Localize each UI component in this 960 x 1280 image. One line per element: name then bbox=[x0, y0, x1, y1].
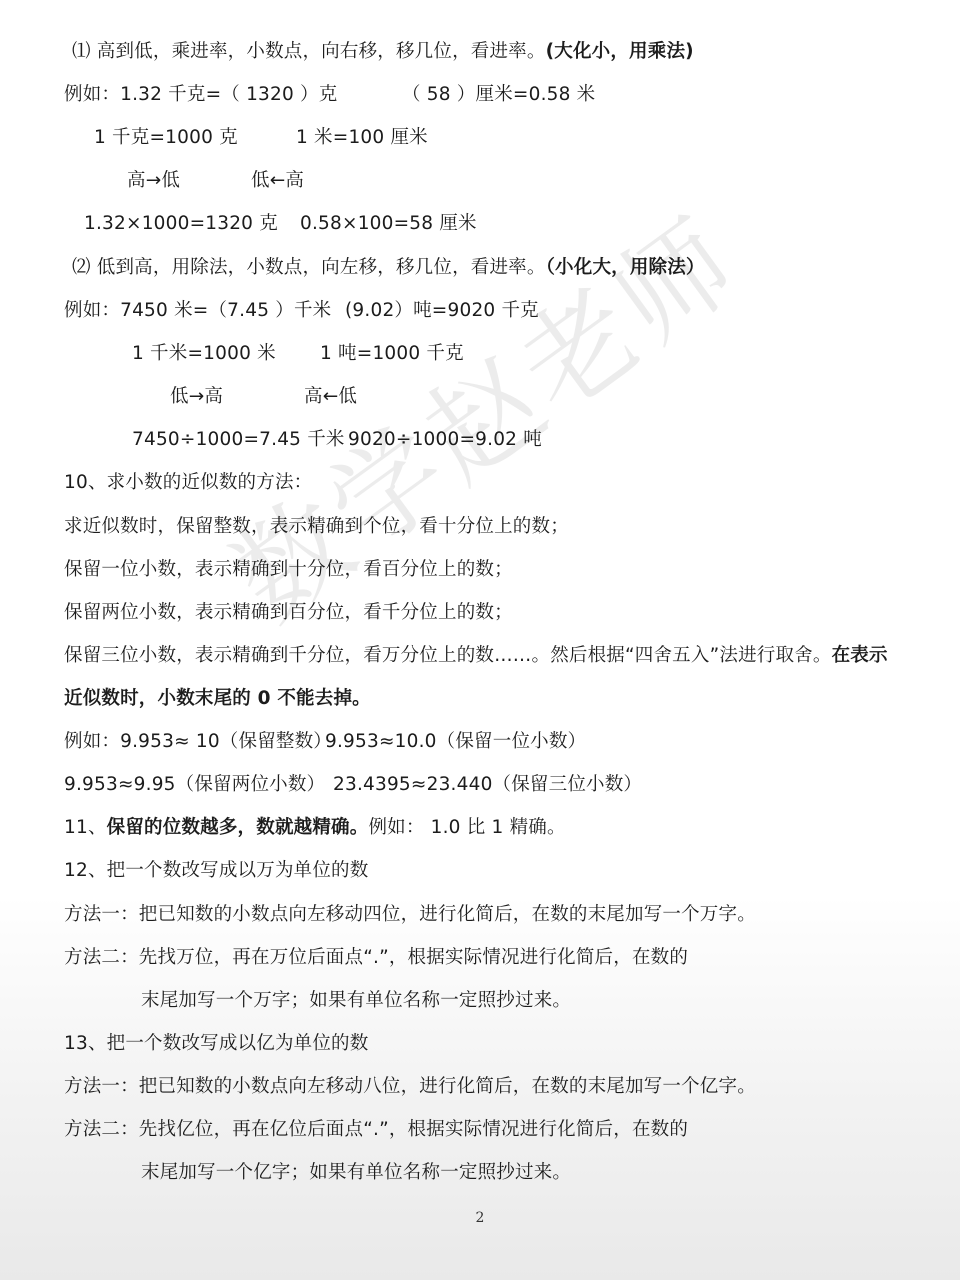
section-10-example-2b: 23.4395≈23.440（保留三位小数） bbox=[333, 773, 642, 797]
part1-example-a: 1.32 千克=（ 1320 ）克 bbox=[120, 84, 337, 105]
part2-heading-text: ⑵ 低到高，用除法，小数点，向左移，移几位，看进率。 bbox=[72, 257, 546, 278]
section-13-method-2: 方法二：先找亿位，再在亿位后面点“.”，根据实际情况进行化简后，在数的 bbox=[64, 1118, 688, 1142]
part2-rate-a: 1 千米=1000 米 bbox=[132, 342, 276, 366]
section-10-title: 10、求小数的近似数的方法： bbox=[64, 471, 312, 495]
part2-heading: ⑵ 低到高，用除法，小数点，向左移，移几位，看进率。（小化大，用除法） bbox=[72, 256, 705, 280]
part1-example-b: （ 58 ）厘米=0.58 米 bbox=[402, 83, 595, 107]
section-11-rest: 例如： 1.0 比 1 精确。 bbox=[368, 817, 565, 838]
part2-direction-b: 高←低 bbox=[304, 385, 357, 409]
part1-calc-b: 0.58×100=58 厘米 bbox=[300, 212, 477, 236]
section-11-prefix: 11、 bbox=[64, 817, 107, 838]
section-10-line-3: 保留两位小数，表示精确到百分位，看千分位上的数； bbox=[64, 601, 513, 625]
section-10-line-1: 求近似数时，保留整数，表示精确到个位，看十分位上的数； bbox=[64, 515, 569, 539]
example-label: 例如： bbox=[64, 84, 120, 105]
section-13-title: 13、把一个数改写成以亿为单位的数 bbox=[64, 1032, 368, 1056]
part2-example: 例如：7450 米=（7.45 ）千米 bbox=[64, 299, 331, 323]
section-12-method-1: 方法一：把已知数的小数点向左移动四位，进行化简后，在数的末尾加写一个万字。 bbox=[64, 903, 756, 927]
example-label: 例如： bbox=[64, 731, 120, 752]
part2-heading-bold: （小化大，用除法） bbox=[546, 257, 705, 278]
part2-example-a: 7450 米=（7.45 ）千米 bbox=[120, 300, 331, 321]
part2-example-b: (9.02）吨=9020 千克 bbox=[345, 299, 539, 323]
example-label: 例如： bbox=[64, 300, 120, 321]
section-10-line-4: 保留三位小数，表示精确到千分位，看万分位上的数……。然后根据“四舍五入”法进行取… bbox=[64, 644, 888, 668]
part1-heading-bold: (大化小，用乘法) bbox=[546, 41, 694, 62]
section-12-method-2-cont: 末尾加写一个万字；如果有单位名称一定照抄过来。 bbox=[141, 989, 571, 1013]
section-10-line-4-bold: 在表示 bbox=[832, 645, 888, 666]
part1-rate-a: 1 千克=1000 克 bbox=[94, 126, 238, 150]
part2-calc-a: 7450÷1000=7.45 千米 bbox=[132, 428, 345, 452]
page-number: 2 bbox=[0, 1210, 960, 1226]
part2-calc-b: 9020÷1000=9.02 吨 bbox=[348, 428, 542, 452]
section-11-bold: 保留的位数越多，数就越精确。 bbox=[107, 817, 369, 838]
section-13-method-1: 方法一：把已知数的小数点向左移动八位，进行化简后，在数的末尾加写一个亿字。 bbox=[64, 1075, 756, 1099]
part1-direction-a: 高→低 bbox=[127, 169, 180, 193]
part2-direction-a: 低→高 bbox=[170, 385, 223, 409]
part1-heading-text: ⑴ 高到低，乘进率，小数点，向右移，移几位，看进率。 bbox=[72, 41, 546, 62]
part1-direction-b: 低←高 bbox=[251, 169, 304, 193]
section-10-example-2a: 9.953≈9.95（保留两位小数） bbox=[64, 773, 325, 797]
part1-heading: ⑴ 高到低，乘进率，小数点，向右移，移几位，看进率。(大化小，用乘法) bbox=[72, 40, 694, 64]
part1-calc-a: 1.32×1000=1320 克 bbox=[84, 212, 278, 236]
document-page: 数学赵老师 ⑴ 高到低，乘进率，小数点，向右移，移几位，看进率。(大化小，用乘法… bbox=[0, 0, 960, 1280]
section-10-line-4-text: 保留三位小数，表示精确到千分位，看万分位上的数……。然后根据“四舍五入”法进行取… bbox=[64, 645, 832, 666]
section-10-example-1a: 9.953≈ 10（保留整数） bbox=[120, 731, 332, 752]
section-10-line-5-bold: 近似数时，小数末尾的 0 不能去掉。 bbox=[64, 687, 371, 711]
section-12-method-2: 方法二：先找万位，再在万位后面点“.”，根据实际情况进行化简后，在数的 bbox=[64, 946, 688, 970]
section-11: 11、保留的位数越多，数就越精确。例如： 1.0 比 1 精确。 bbox=[64, 816, 566, 840]
part1-example: 例如：1.32 千克=（ 1320 ）克 bbox=[64, 83, 337, 107]
section-13-method-2-cont: 末尾加写一个亿字；如果有单位名称一定照抄过来。 bbox=[141, 1161, 571, 1185]
section-10-example-1b: 9.953≈10.0（保留一位小数） bbox=[325, 730, 586, 754]
section-10-line-2: 保留一位小数，表示精确到十分位，看百分位上的数； bbox=[64, 558, 513, 582]
part2-rate-b: 1 吨=1000 千克 bbox=[320, 342, 464, 366]
section-10-example-1: 例如：9.953≈ 10（保留整数） bbox=[64, 730, 332, 754]
section-12-title: 12、把一个数改写成以万为单位的数 bbox=[64, 859, 368, 883]
part1-rate-b: 1 米=100 厘米 bbox=[296, 126, 428, 150]
